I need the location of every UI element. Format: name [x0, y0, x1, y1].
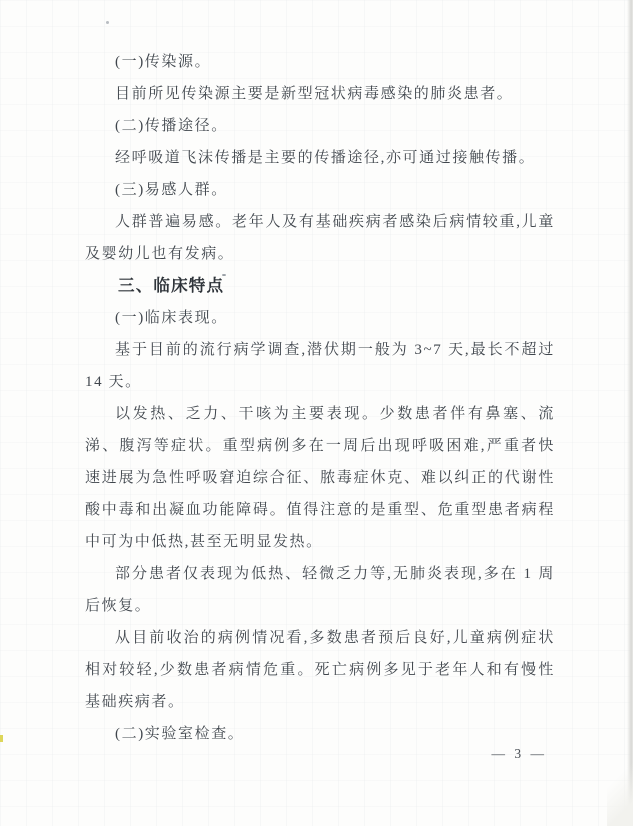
- document-body: (一)传染源。 目前所见传染源主要是新型冠状病毒感染的肺炎患者。 (二)传播途径…: [85, 46, 555, 750]
- scan-speck-artifact: [222, 274, 226, 276]
- para-mild-cases: 部分患者仅表现为低热、轻微乏力等,无肺炎表现,多在 1 周后恢复。: [85, 558, 555, 622]
- item-label-transmission-route: (二)传播途径。: [85, 110, 555, 142]
- scan-edge-artifact: [627, 0, 633, 826]
- item-label-susceptible-population: (三)易感人群。: [85, 174, 555, 206]
- scan-yellow-mark-artifact: [0, 735, 3, 742]
- scan-speck-artifact: [106, 21, 109, 24]
- para-transmission-route: 经呼吸道飞沫传播是主要的传播途径,亦可通过接触传播。: [85, 142, 555, 174]
- para-incubation-period: 基于目前的流行病学调查,潜伏期一般为 3~7 天,最长不超过 14 天。: [85, 334, 555, 398]
- para-susceptible-population: 人群普遍易感。老年人及有基础疾病者感染后病情较重,儿童及婴幼儿也有发病。: [85, 206, 555, 270]
- section-heading-clinical-features: 三、临床特点: [85, 270, 555, 302]
- item-label-laboratory-tests: (二)实验室检查。: [85, 718, 555, 750]
- para-infection-source: 目前所见传染源主要是新型冠状病毒感染的肺炎患者。: [85, 78, 555, 110]
- para-prognosis: 从目前收治的病例情况看,多数患者预后良好,儿童病例症状相对较轻,少数患者病情危重…: [85, 622, 555, 718]
- para-main-symptoms: 以发热、乏力、干咳为主要表现。少数患者伴有鼻塞、流涕、腹泻等症状。重型病例多在一…: [85, 398, 555, 558]
- scan-corner-artifact: [607, 760, 633, 826]
- item-label-clinical-manifestation: (一)临床表现。: [85, 302, 555, 334]
- item-label-infection-source: (一)传染源。: [85, 46, 555, 78]
- page-number: — 3 —: [492, 746, 548, 762]
